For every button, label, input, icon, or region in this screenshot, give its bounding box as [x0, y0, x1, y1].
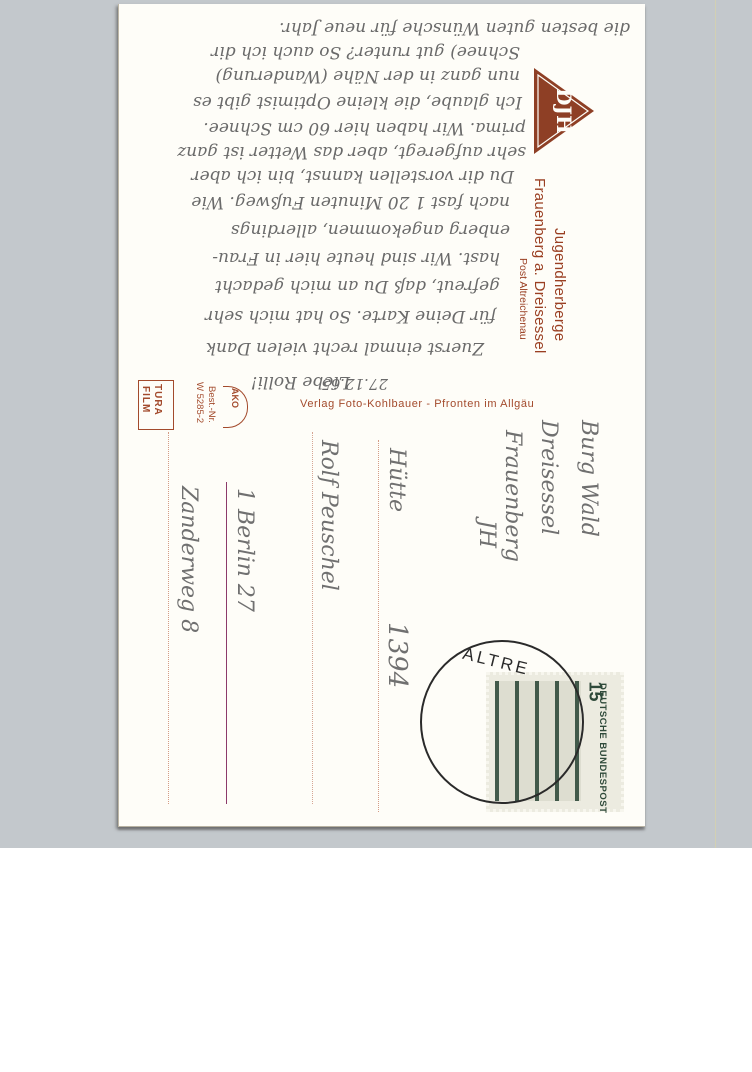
tura-text: TURA [152, 384, 163, 416]
address-line-city [226, 482, 227, 804]
center-divider [312, 432, 313, 804]
order-number: W 5285-2 [194, 382, 205, 423]
message-line: sehr aufgeregt, aber das Wetter ist ganz [177, 142, 526, 162]
recipient-name: Rolf Peuschel [316, 440, 341, 591]
hostel-location: Frauenberg a. Dreisessel [531, 178, 548, 354]
sender-line: Hütte [384, 448, 409, 512]
message-line: gefreut, daß Du an mich gedacht [215, 276, 500, 296]
address-line-street [168, 432, 169, 804]
message-line: für Deine Karte. So hat mich sehr [205, 306, 496, 326]
film-text: FILM [140, 386, 151, 413]
sender-line: Dreisessel [536, 420, 561, 535]
postcode-note: 1394 [382, 622, 412, 688]
message-line: enberg angekommen, allerdings [231, 220, 510, 240]
message-line: Ich glaube, die kleine Optimist gibt es [193, 92, 522, 112]
message-line: Zuerst einmal recht vielen Dank [206, 338, 484, 358]
address-line-name [378, 440, 379, 812]
ako-logo-text: AKO [230, 388, 240, 408]
message-line: nach fast 1 20 Minuten Fußweg. Wie [191, 192, 510, 212]
sender-line: Frauenberg [500, 430, 525, 562]
publisher-line: Verlag Foto-Kohlbauer - Pfronten im Allg… [300, 398, 534, 410]
message-line: hast. Wir sind heute hier in Frau- [212, 248, 500, 268]
hostel-name: Jugendherberge [551, 228, 568, 341]
djh-logo-icon: DJH [530, 66, 596, 156]
hostel-post: Post Altreichenau [517, 258, 529, 340]
message-line: die besten guten Wünsche für neue Jahr. [279, 18, 630, 38]
message-line: prima. Wir haben hier 60 cm Schnee. [203, 118, 526, 138]
stamp-country: DEUTSCHE BUNDESPOST [597, 683, 608, 813]
message-line: nun ganz in der Nähe (Wanderung) [216, 66, 520, 86]
message-line: Du dir vorstellen kannst, bin ich aber [191, 166, 514, 186]
sender-line: JH [474, 520, 499, 548]
recipient-city: 1 Berlin 27 [232, 488, 257, 612]
message-line: Schnee) gut runter? So auch ich dir [211, 42, 520, 62]
handwritten-date: 27.12.65 [321, 375, 388, 393]
recipient-street: Zanderweg 8 [176, 486, 201, 633]
djh-logo-text: DJH [552, 88, 576, 134]
scanner-edge-line [715, 0, 716, 848]
order-label: Best.-Nr. [206, 386, 217, 423]
sender-line: Burg Wald [576, 420, 601, 537]
